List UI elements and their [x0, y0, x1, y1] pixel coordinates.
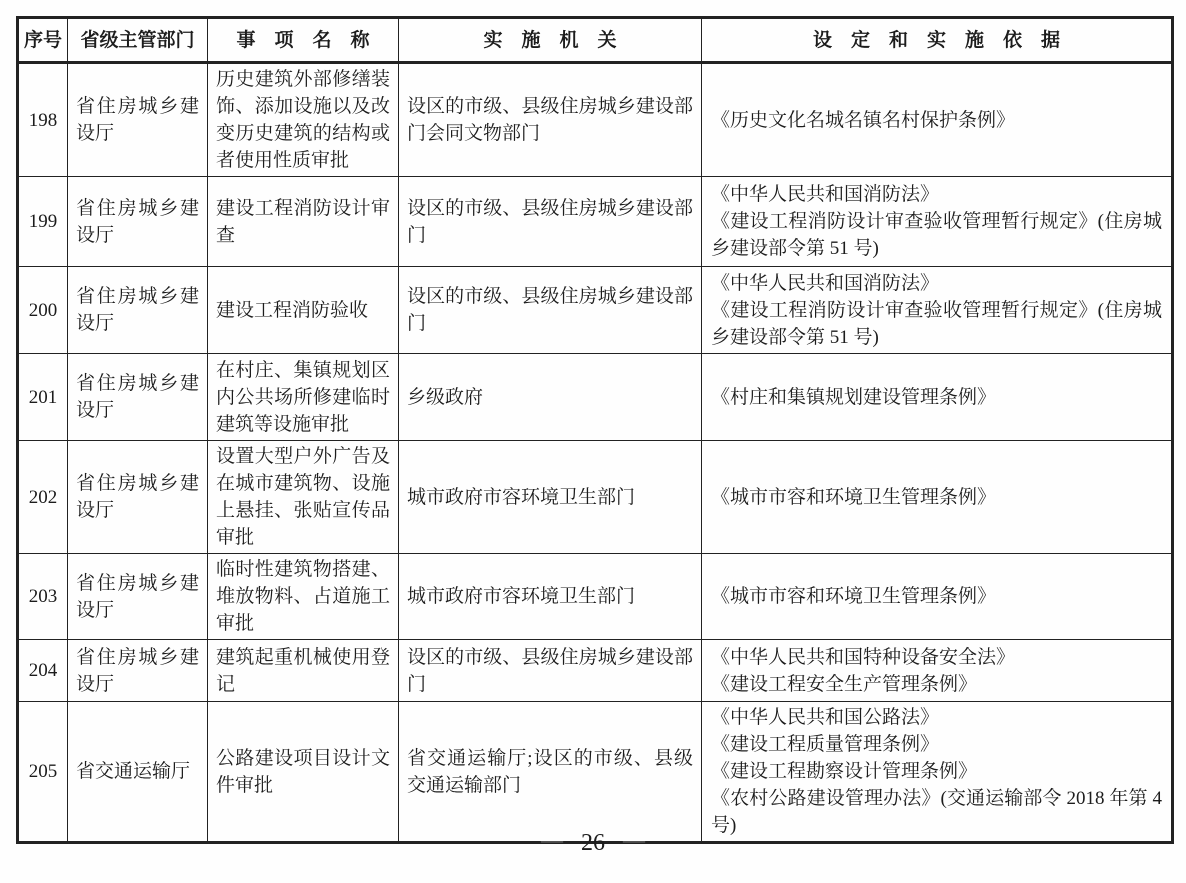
page-number: 26: [581, 830, 605, 856]
table-row: 203省住房城乡建设厅临时性建筑物搭建、堆放物料、占道施工审批城市政府市容环境卫…: [18, 554, 1173, 640]
department-cell: 省交通运输厅: [68, 702, 208, 843]
basis-cell: 《中华人民共和国公路法》《建设工程质量管理条例》《建设工程勘察设计管理条例》《农…: [702, 702, 1173, 843]
basis-cell: 《中华人民共和国特种设备安全法》《建设工程安全生产管理条例》: [702, 640, 1173, 702]
basis-cell: 《中华人民共和国消防法》《建设工程消防设计审查验收管理暂行规定》(住房城乡建设部…: [702, 177, 1173, 267]
department-cell: 省住房城乡建设厅: [68, 267, 208, 354]
agency-cell: 城市政府市容环境卫生部门: [399, 554, 702, 640]
basis-line: 《中华人民共和国公路法》: [711, 704, 1162, 731]
table-row: 198省住房城乡建设厅历史建筑外部修缮装饰、添加设施以及改变历史建筑的结构或者使…: [18, 63, 1173, 177]
item-name-cell: 建筑起重机械使用登记: [208, 640, 399, 702]
agency-cell: 城市政府市容环境卫生部门: [399, 441, 702, 554]
header-serial-number: 序号: [18, 18, 68, 63]
serial-number-cell: 205: [18, 702, 68, 843]
approval-items-table: 序号 省级主管部门 事 项 名 称 实 施 机 关 设 定 和 实 施 依 据 …: [16, 16, 1174, 844]
agency-cell: 设区的市级、县级住房城乡建设部门: [399, 640, 702, 702]
department-cell: 省住房城乡建设厅: [68, 63, 208, 177]
department-cell: 省住房城乡建设厅: [68, 354, 208, 441]
agency-cell: 乡级政府: [399, 354, 702, 441]
agency-cell: 设区的市级、县级住房城乡建设部门: [399, 177, 702, 267]
header-provincial-department: 省级主管部门: [68, 18, 208, 63]
table-row: 201省住房城乡建设厅在村庄、集镇规划区内公共场所修建临时建筑等设施审批乡级政府…: [18, 354, 1173, 441]
basis-cell: 《历史文化名城名镇名村保护条例》: [702, 63, 1173, 177]
basis-line: 《历史文化名城名镇名村保护条例》: [711, 107, 1162, 134]
header-implementing-agency: 实 施 机 关: [399, 18, 702, 63]
department-cell: 省住房城乡建设厅: [68, 554, 208, 640]
basis-line: 《建设工程安全生产管理条例》: [711, 671, 1162, 698]
serial-number-cell: 200: [18, 267, 68, 354]
page-footer: —26—: [0, 830, 1186, 857]
basis-line: 《中华人民共和国特种设备安全法》: [711, 644, 1162, 671]
basis-line: 《城市市容和环境卫生管理条例》: [711, 484, 1162, 511]
serial-number-cell: 202: [18, 441, 68, 554]
serial-number-cell: 204: [18, 640, 68, 702]
basis-line: 《村庄和集镇规划建设管理条例》: [711, 384, 1162, 411]
basis-cell: 《中华人民共和国消防法》《建设工程消防设计审查验收管理暂行规定》(住房城乡建设部…: [702, 267, 1173, 354]
item-name-cell: 建设工程消防设计审查: [208, 177, 399, 267]
basis-line: 《城市市容和环境卫生管理条例》: [711, 583, 1162, 610]
item-name-cell: 在村庄、集镇规划区内公共场所修建临时建筑等设施审批: [208, 354, 399, 441]
department-cell: 省住房城乡建设厅: [68, 441, 208, 554]
basis-line: 《建设工程质量管理条例》: [711, 731, 1162, 758]
document-page: 序号 省级主管部门 事 项 名 称 实 施 机 关 设 定 和 实 施 依 据 …: [0, 0, 1186, 883]
serial-number-cell: 199: [18, 177, 68, 267]
table-row: 204省住房城乡建设厅建筑起重机械使用登记设区的市级、县级住房城乡建设部门《中华…: [18, 640, 1173, 702]
item-name-cell: 历史建筑外部修缮装饰、添加设施以及改变历史建筑的结构或者使用性质审批: [208, 63, 399, 177]
footer-right-dash: —: [623, 827, 645, 852]
item-name-cell: 临时性建筑物搭建、堆放物料、占道施工审批: [208, 554, 399, 640]
basis-line: 《建设工程消防设计审查验收管理暂行规定》(住房城乡建设部令第 51 号): [711, 208, 1162, 262]
basis-cell: 《城市市容和环境卫生管理条例》: [702, 554, 1173, 640]
table-row: 200省住房城乡建设厅建设工程消防验收设区的市级、县级住房城乡建设部门《中华人民…: [18, 267, 1173, 354]
table-row: 202省住房城乡建设厅设置大型户外广告及在城市建筑物、设施上悬挂、张贴宣传品审批…: [18, 441, 1173, 554]
approval-items-table-container: 序号 省级主管部门 事 项 名 称 实 施 机 关 设 定 和 实 施 依 据 …: [16, 16, 1174, 844]
table-body: 198省住房城乡建设厅历史建筑外部修缮装饰、添加设施以及改变历史建筑的结构或者使…: [18, 63, 1173, 843]
serial-number-cell: 198: [18, 63, 68, 177]
serial-number-cell: 201: [18, 354, 68, 441]
item-name-cell: 公路建设项目设计文件审批: [208, 702, 399, 843]
footer-left-dash: —: [541, 827, 563, 852]
department-cell: 省住房城乡建设厅: [68, 177, 208, 267]
basis-cell: 《城市市容和环境卫生管理条例》: [702, 441, 1173, 554]
item-name-cell: 设置大型户外广告及在城市建筑物、设施上悬挂、张贴宣传品审批: [208, 441, 399, 554]
table-header-row: 序号 省级主管部门 事 项 名 称 实 施 机 关 设 定 和 实 施 依 据: [18, 18, 1173, 63]
item-name-cell: 建设工程消防验收: [208, 267, 399, 354]
table-row: 199省住房城乡建设厅建设工程消防设计审查设区的市级、县级住房城乡建设部门《中华…: [18, 177, 1173, 267]
basis-line: 《建设工程勘察设计管理条例》: [711, 758, 1162, 785]
basis-line: 《中华人民共和国消防法》: [711, 181, 1162, 208]
header-item-name: 事 项 名 称: [208, 18, 399, 63]
department-cell: 省住房城乡建设厅: [68, 640, 208, 702]
basis-line: 《建设工程消防设计审查验收管理暂行规定》(住房城乡建设部令第 51 号): [711, 297, 1162, 351]
basis-cell: 《村庄和集镇规划建设管理条例》: [702, 354, 1173, 441]
basis-line: 《中华人民共和国消防法》: [711, 270, 1162, 297]
header-setting-basis: 设 定 和 实 施 依 据: [702, 18, 1173, 63]
serial-number-cell: 203: [18, 554, 68, 640]
table-row: 205省交通运输厅公路建设项目设计文件审批省交通运输厅;设区的市级、县级交通运输…: [18, 702, 1173, 843]
agency-cell: 设区的市级、县级住房城乡建设部门: [399, 267, 702, 354]
agency-cell: 设区的市级、县级住房城乡建设部门会同文物部门: [399, 63, 702, 177]
agency-cell: 省交通运输厅;设区的市级、县级交通运输部门: [399, 702, 702, 843]
